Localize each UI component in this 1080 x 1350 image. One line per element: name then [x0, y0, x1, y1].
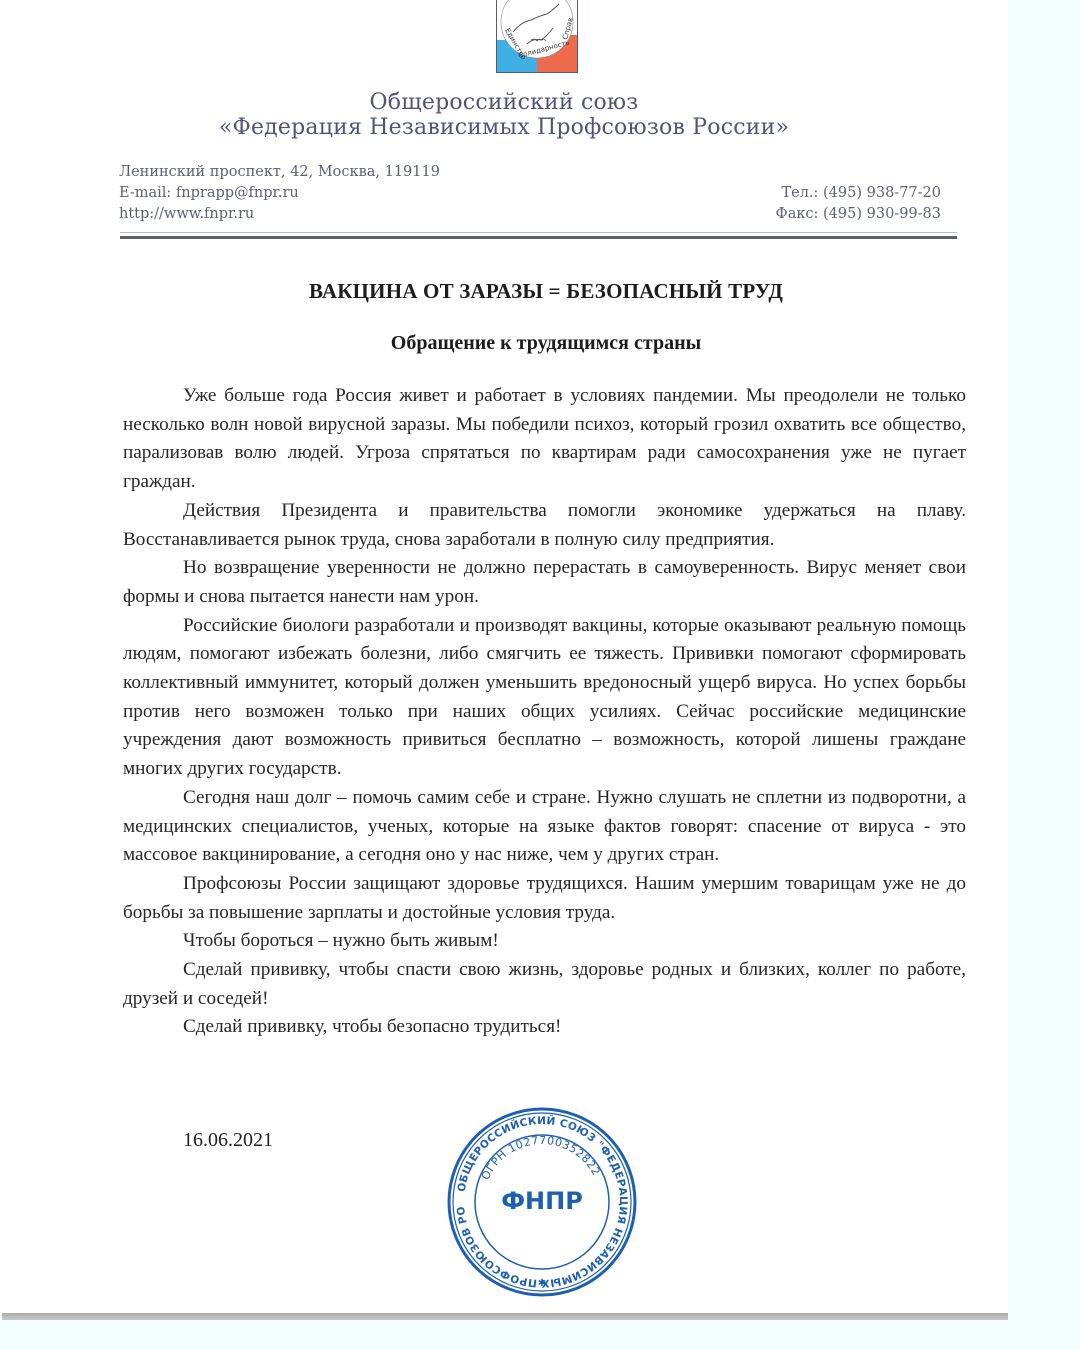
paragraph: Но возвращение уверенности не должно пер…	[123, 554, 966, 611]
paragraph: Профсоюзы России защищают здоровье трудя…	[123, 870, 966, 927]
paragraph: Российские биологи разработали и произво…	[123, 612, 966, 784]
page-bottom-edge	[2, 1313, 1008, 1320]
letterhead-divider-thick	[120, 236, 957, 239]
paragraph: Сделай прививку, чтобы безопасно трудить…	[123, 1013, 966, 1042]
document-body: Уже больше года Россия живет и работает …	[123, 382, 966, 1042]
official-stamp: ОБЩЕРОССИЙСКИЙ СОЮЗ "ФЕДЕРАЦИЯ НЕЗАВИСИМ…	[445, 1105, 639, 1299]
document-date: 16.06.2021	[183, 1129, 273, 1152]
paragraph: Чтобы бороться – нужно быть живым!	[123, 927, 966, 956]
paragraph: Сделай прививку, чтобы спасти свою жизнь…	[123, 956, 966, 1013]
letter-page: Единство Солидарность Справ Общероссийск…	[0, 0, 1008, 1314]
paragraph: Уже больше года Россия живет и работает …	[123, 382, 966, 497]
document-title: ВАКЦИНА ОТ ЗАРАЗЫ = БЕЗОПАСНЫЙ ТРУД	[0, 279, 1080, 304]
contact-block: Ленинский проспект, 42, Москва, 119119 E…	[119, 162, 941, 225]
fnpr-logo: Единство Солидарность Справ	[496, 0, 578, 73]
paragraph: Сегодня наш долг – помочь самим себе и с…	[123, 784, 966, 870]
fax: Факс: (495) 930-99-83	[776, 204, 941, 225]
org-line-1: Общероссийский союз	[0, 90, 1008, 115]
organization-name: Общероссийский союз «Федерация Независим…	[0, 90, 1008, 140]
website-link[interactable]: http://www.fnpr.ru	[119, 204, 254, 225]
stamp-center-text: ФНПР	[501, 1187, 583, 1215]
document-subtitle: Обращение к трудящимся страны	[0, 332, 1080, 355]
letterhead-divider-thin	[120, 232, 957, 233]
stamp-seal-icon: ОБЩЕРОССИЙСКИЙ СОЮЗ "ФЕДЕРАЦИЯ НЕЗАВИСИМ…	[445, 1105, 639, 1299]
paragraph: Действия Президента и правительства помо…	[123, 497, 966, 554]
org-line-2: «Федерация Независимых Профсоюзов России…	[0, 115, 1008, 140]
address: Ленинский проспект, 42, Москва, 119119	[119, 162, 440, 183]
email-link[interactable]: E-mail: fnprapp@fnpr.ru	[119, 183, 299, 204]
svg-text:✱: ✱	[538, 1278, 546, 1289]
handshake-logo-icon: Единство Солидарность Справ	[497, 0, 577, 72]
phone: Тел.: (495) 938-77-20	[781, 183, 941, 204]
